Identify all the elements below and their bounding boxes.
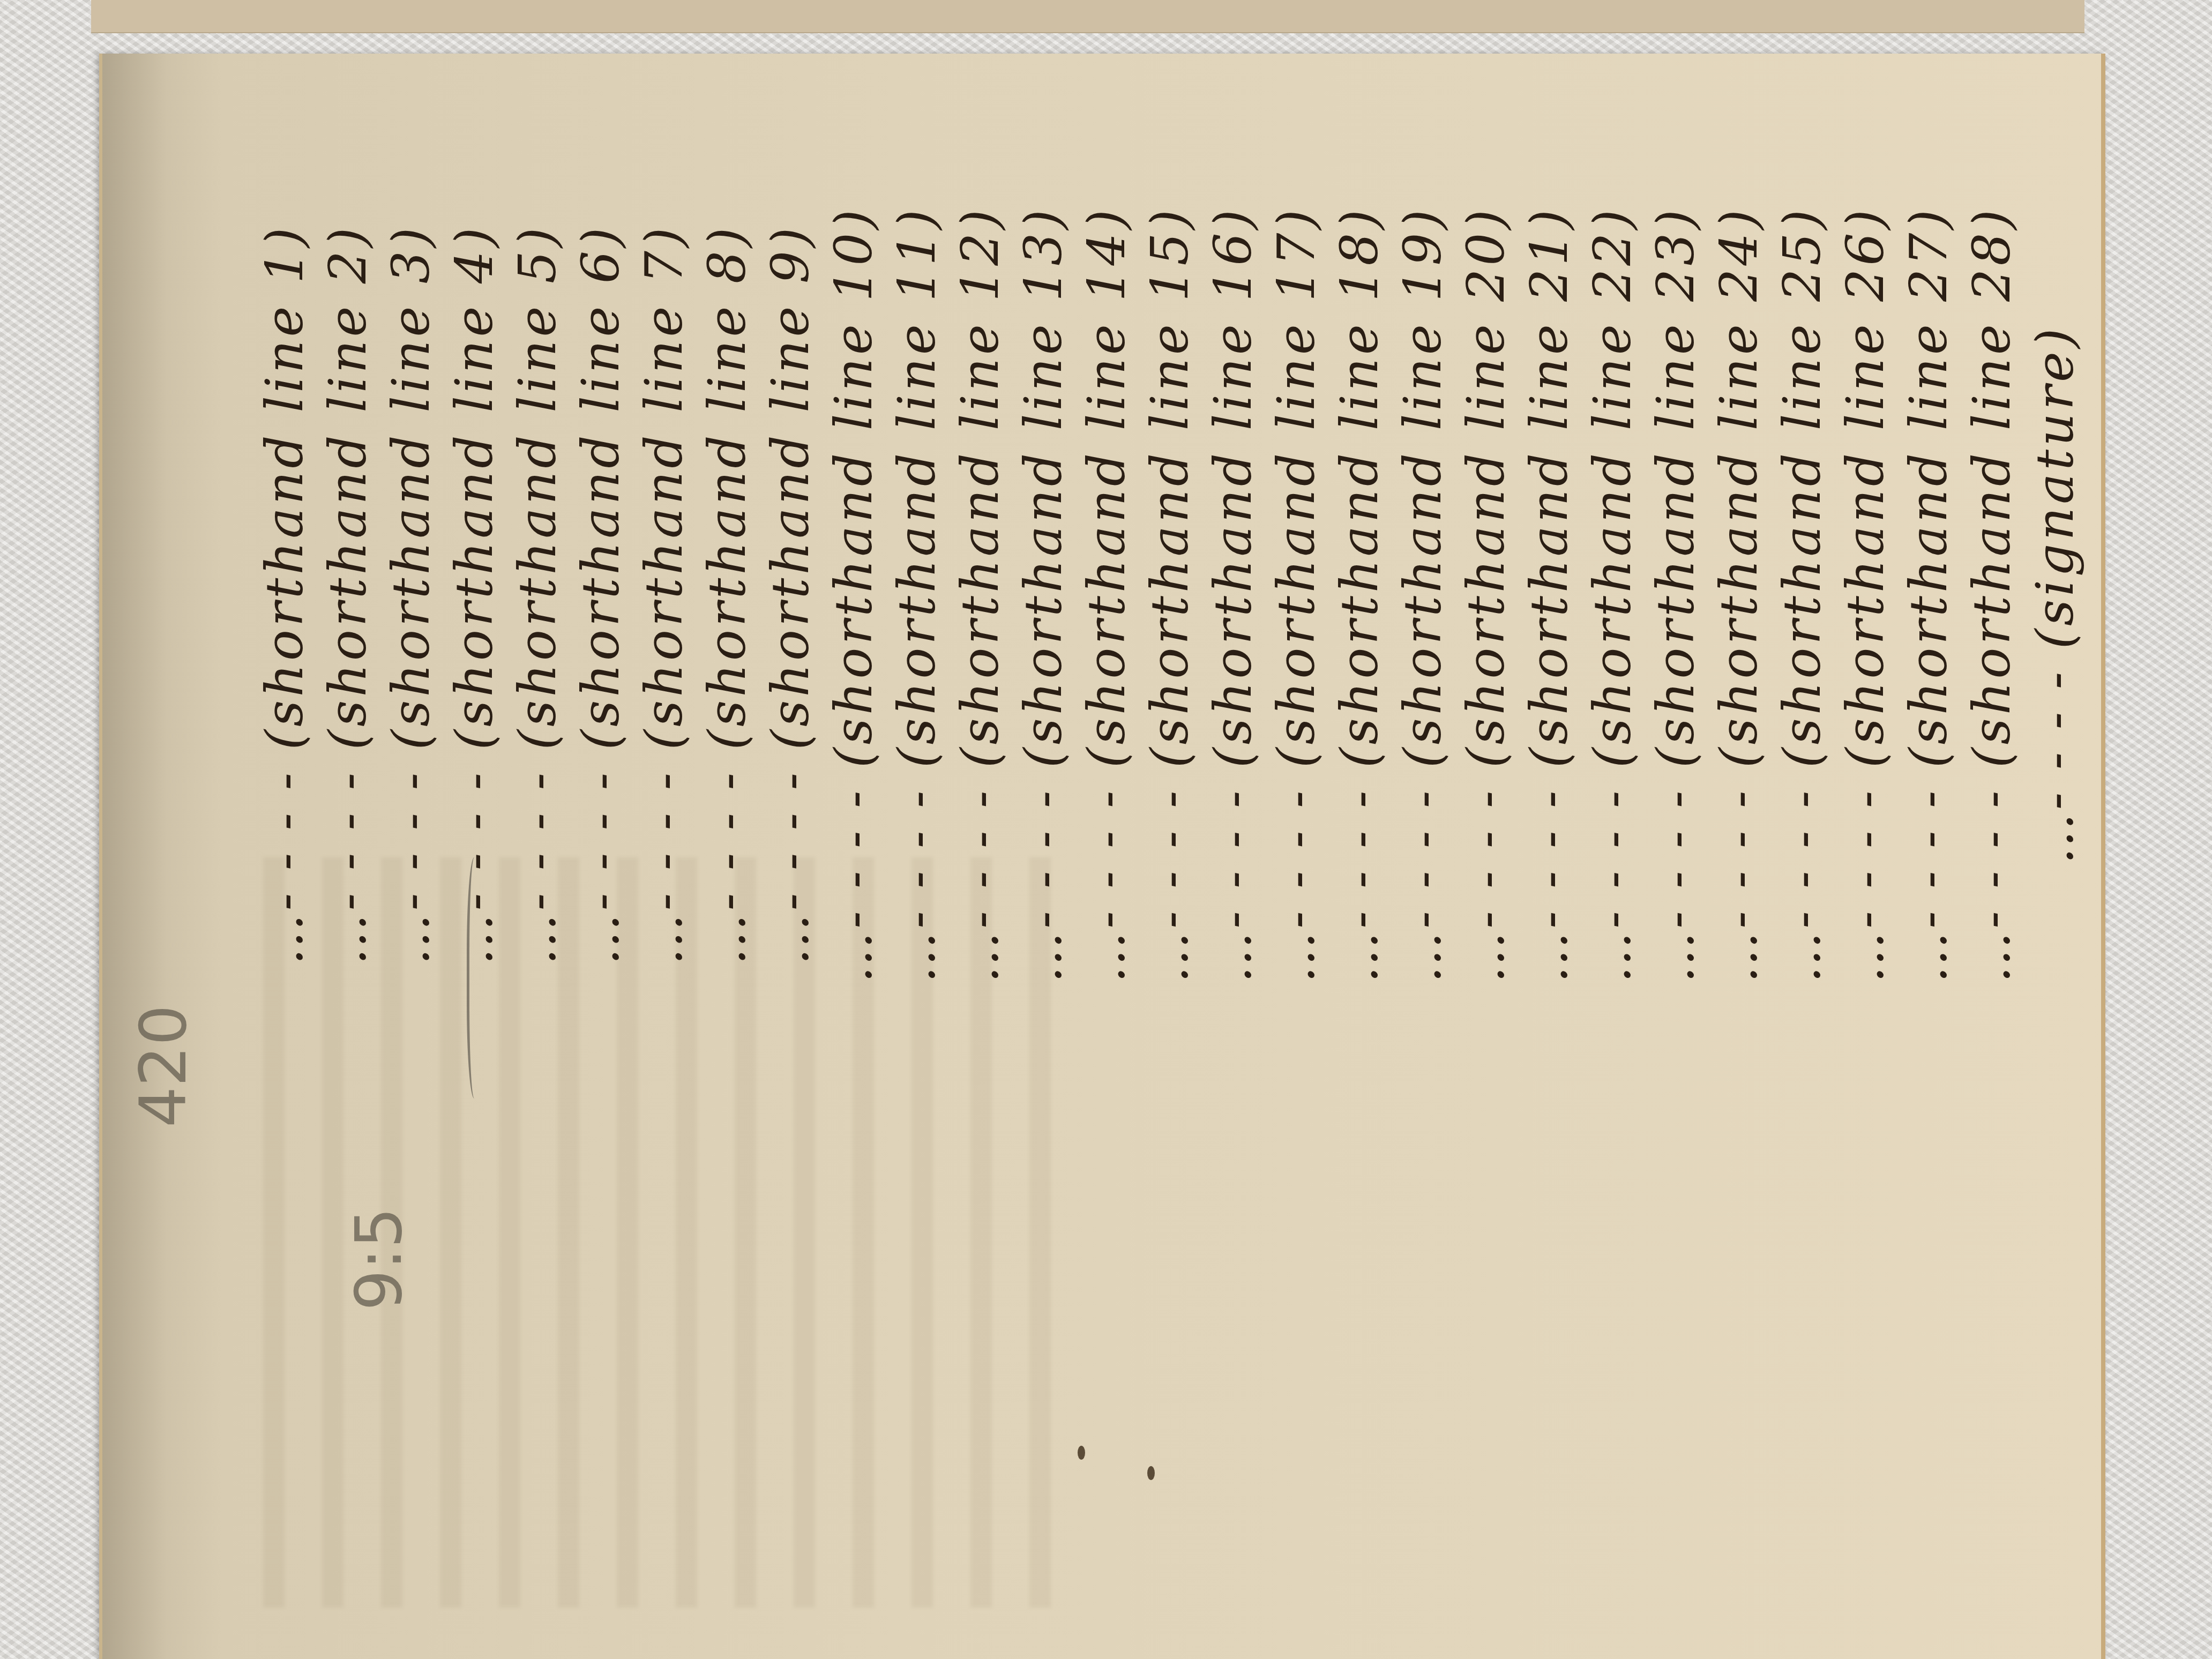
page-fold-shadow xyxy=(102,54,167,1659)
handwritten-line-text: …‑ ‑ ‑ ‑ (shorthand line 19) xyxy=(1393,206,1453,983)
handwritten-line: …‑ ‑ ‑ ‑ (shorthand line 26) xyxy=(1833,123,1897,1066)
handwritten-line: …‑ ‑ ‑ ‑ (shorthand line 5) xyxy=(505,123,570,1066)
handwritten-line-text: …‑ ‑ ‑ ‑ (shorthand line 23) xyxy=(1646,206,1706,983)
handwritten-line: …‑ ‑ ‑ ‑ (shorthand line 13) xyxy=(1011,123,1075,1066)
handwritten-line: …‑ ‑ ‑ ‑ (shorthand line 25) xyxy=(1770,123,1834,1066)
handwritten-line-text: …‑ ‑ ‑ ‑ (shorthand line 12) xyxy=(950,206,1010,983)
handwritten-line: …‑ ‑ ‑ ‑ (shorthand line 20) xyxy=(1454,123,1518,1066)
handwritten-line-text: …‑ ‑ ‑ ‑ (shorthand line 6) xyxy=(571,225,631,966)
handwritten-line-text: …‑ ‑ ‑ ‑ (shorthand line 2) xyxy=(318,225,378,966)
signature-line: …‑ ‑ ‑ ‑ (signature) xyxy=(2023,123,2087,1066)
paper-crease-marks xyxy=(1067,1441,1185,1479)
handwritten-text-block: …‑ ‑ ‑ ‑ (shorthand line 1)…‑ ‑ ‑ ‑ (sho… xyxy=(252,123,2085,1066)
handwritten-line: …‑ ‑ ‑ ‑ (shorthand line 24) xyxy=(1707,123,1771,1066)
handwritten-line-text: …‑ ‑ ‑ ‑ (shorthand line 8) xyxy=(697,225,757,966)
handwritten-line-text: …‑ ‑ ‑ ‑ (shorthand line 27) xyxy=(1899,206,1959,983)
handwritten-line-text: …‑ ‑ ‑ ‑ (shorthand line 9) xyxy=(760,225,820,966)
handwritten-line-text: …‑ ‑ ‑ ‑ (shorthand line 10) xyxy=(824,206,884,983)
handwritten-line: …‑ ‑ ‑ ‑ (shorthand line 22) xyxy=(1580,123,1645,1066)
handwritten-line: …‑ ‑ ‑ ‑ (shorthand line 18) xyxy=(1327,123,1392,1066)
letter-page: …‑ ‑ ‑ ‑ (shorthand line 1)…‑ ‑ ‑ ‑ (sho… xyxy=(99,54,2105,1659)
handwritten-line: …‑ ‑ ‑ ‑ (shorthand line 16) xyxy=(1201,123,1265,1066)
handwritten-line: …‑ ‑ ‑ ‑ (shorthand line 8) xyxy=(695,123,759,1066)
handwritten-line-text: …‑ ‑ ‑ ‑ (shorthand line 1) xyxy=(255,225,315,966)
handwritten-line: …‑ ‑ ‑ ‑ (shorthand line 23) xyxy=(1643,123,1708,1066)
pencil-margin-mark: 9:5 xyxy=(342,1207,416,1311)
handwritten-line-text: …‑ ‑ ‑ ‑ (shorthand line 17) xyxy=(1266,206,1326,983)
pencil-margin-line xyxy=(467,857,485,1098)
handwritten-line: …‑ ‑ ‑ ‑ (shorthand line 21) xyxy=(1517,123,1581,1066)
handwritten-line: …‑ ‑ ‑ ‑ (shorthand line 28) xyxy=(1960,123,2024,1066)
pencil-folio-number: 420 xyxy=(126,1005,201,1127)
handwritten-line-text: …‑ ‑ ‑ ‑ (shorthand line 13) xyxy=(1013,206,1073,983)
handwritten-line: …‑ ‑ ‑ ‑ (shorthand line 11) xyxy=(885,123,949,1066)
handwritten-line-text: …‑ ‑ ‑ ‑ (shorthand line 4) xyxy=(444,225,504,966)
handwritten-line-text: …‑ ‑ ‑ ‑ (shorthand line 7) xyxy=(634,225,694,966)
handwritten-line: …‑ ‑ ‑ ‑ (shorthand line 10) xyxy=(821,123,886,1066)
handwritten-line-text: …‑ ‑ ‑ ‑ (shorthand line 14) xyxy=(1077,206,1137,983)
back-sheet-edge xyxy=(91,0,2084,33)
handwritten-line: …‑ ‑ ‑ ‑ (shorthand line 2) xyxy=(316,123,380,1066)
handwritten-line-text: …‑ ‑ ‑ ‑ (shorthand line 28) xyxy=(1962,206,2022,983)
handwritten-line: …‑ ‑ ‑ ‑ (shorthand line 6) xyxy=(569,123,633,1066)
handwritten-line-text: …‑ ‑ ‑ ‑ (shorthand line 24) xyxy=(1709,206,1769,983)
handwritten-line-text: …‑ ‑ ‑ ‑ (shorthand line 3) xyxy=(381,225,441,966)
handwritten-line: …‑ ‑ ‑ ‑ (shorthand line 12) xyxy=(948,123,1012,1066)
handwritten-line-text: …‑ ‑ ‑ ‑ (shorthand line 18) xyxy=(1329,206,1389,983)
handwritten-line-text: …‑ ‑ ‑ ‑ (shorthand line 15) xyxy=(1140,206,1200,983)
handwritten-line-text: …‑ ‑ ‑ ‑ (shorthand line 16) xyxy=(1203,206,1263,983)
handwritten-line-text: …‑ ‑ ‑ ‑ (shorthand line 11) xyxy=(887,206,947,983)
handwritten-line: …‑ ‑ ‑ ‑ (shorthand line 15) xyxy=(1138,123,1202,1066)
handwritten-line: …‑ ‑ ‑ ‑ (shorthand line 1) xyxy=(252,123,317,1066)
handwritten-line-text: …‑ ‑ ‑ ‑ (signature) xyxy=(2025,325,2085,864)
handwritten-line-text: …‑ ‑ ‑ ‑ (shorthand line 5) xyxy=(507,225,567,966)
handwritten-line-text: …‑ ‑ ‑ ‑ (shorthand line 22) xyxy=(1582,206,1642,983)
handwritten-line: …‑ ‑ ‑ ‑ (shorthand line 3) xyxy=(379,123,443,1066)
handwritten-line-text: …‑ ‑ ‑ ‑ (shorthand line 26) xyxy=(1835,206,1895,983)
handwritten-line-text: …‑ ‑ ‑ ‑ (shorthand line 21) xyxy=(1519,206,1579,983)
handwritten-line: …‑ ‑ ‑ ‑ (shorthand line 27) xyxy=(1896,123,1961,1066)
handwritten-line: …‑ ‑ ‑ ‑ (shorthand line 9) xyxy=(758,123,823,1066)
handwritten-line-text: …‑ ‑ ‑ ‑ (shorthand line 20) xyxy=(1456,206,1516,983)
handwritten-line: …‑ ‑ ‑ ‑ (shorthand line 14) xyxy=(1074,123,1139,1066)
handwritten-line: …‑ ‑ ‑ ‑ (shorthand line 19) xyxy=(1391,123,1455,1066)
handwritten-line-text: …‑ ‑ ‑ ‑ (shorthand line 25) xyxy=(1772,206,1832,983)
handwritten-line: …‑ ‑ ‑ ‑ (shorthand line 17) xyxy=(1264,123,1328,1066)
handwritten-line: …‑ ‑ ‑ ‑ (shorthand line 7) xyxy=(632,123,696,1066)
